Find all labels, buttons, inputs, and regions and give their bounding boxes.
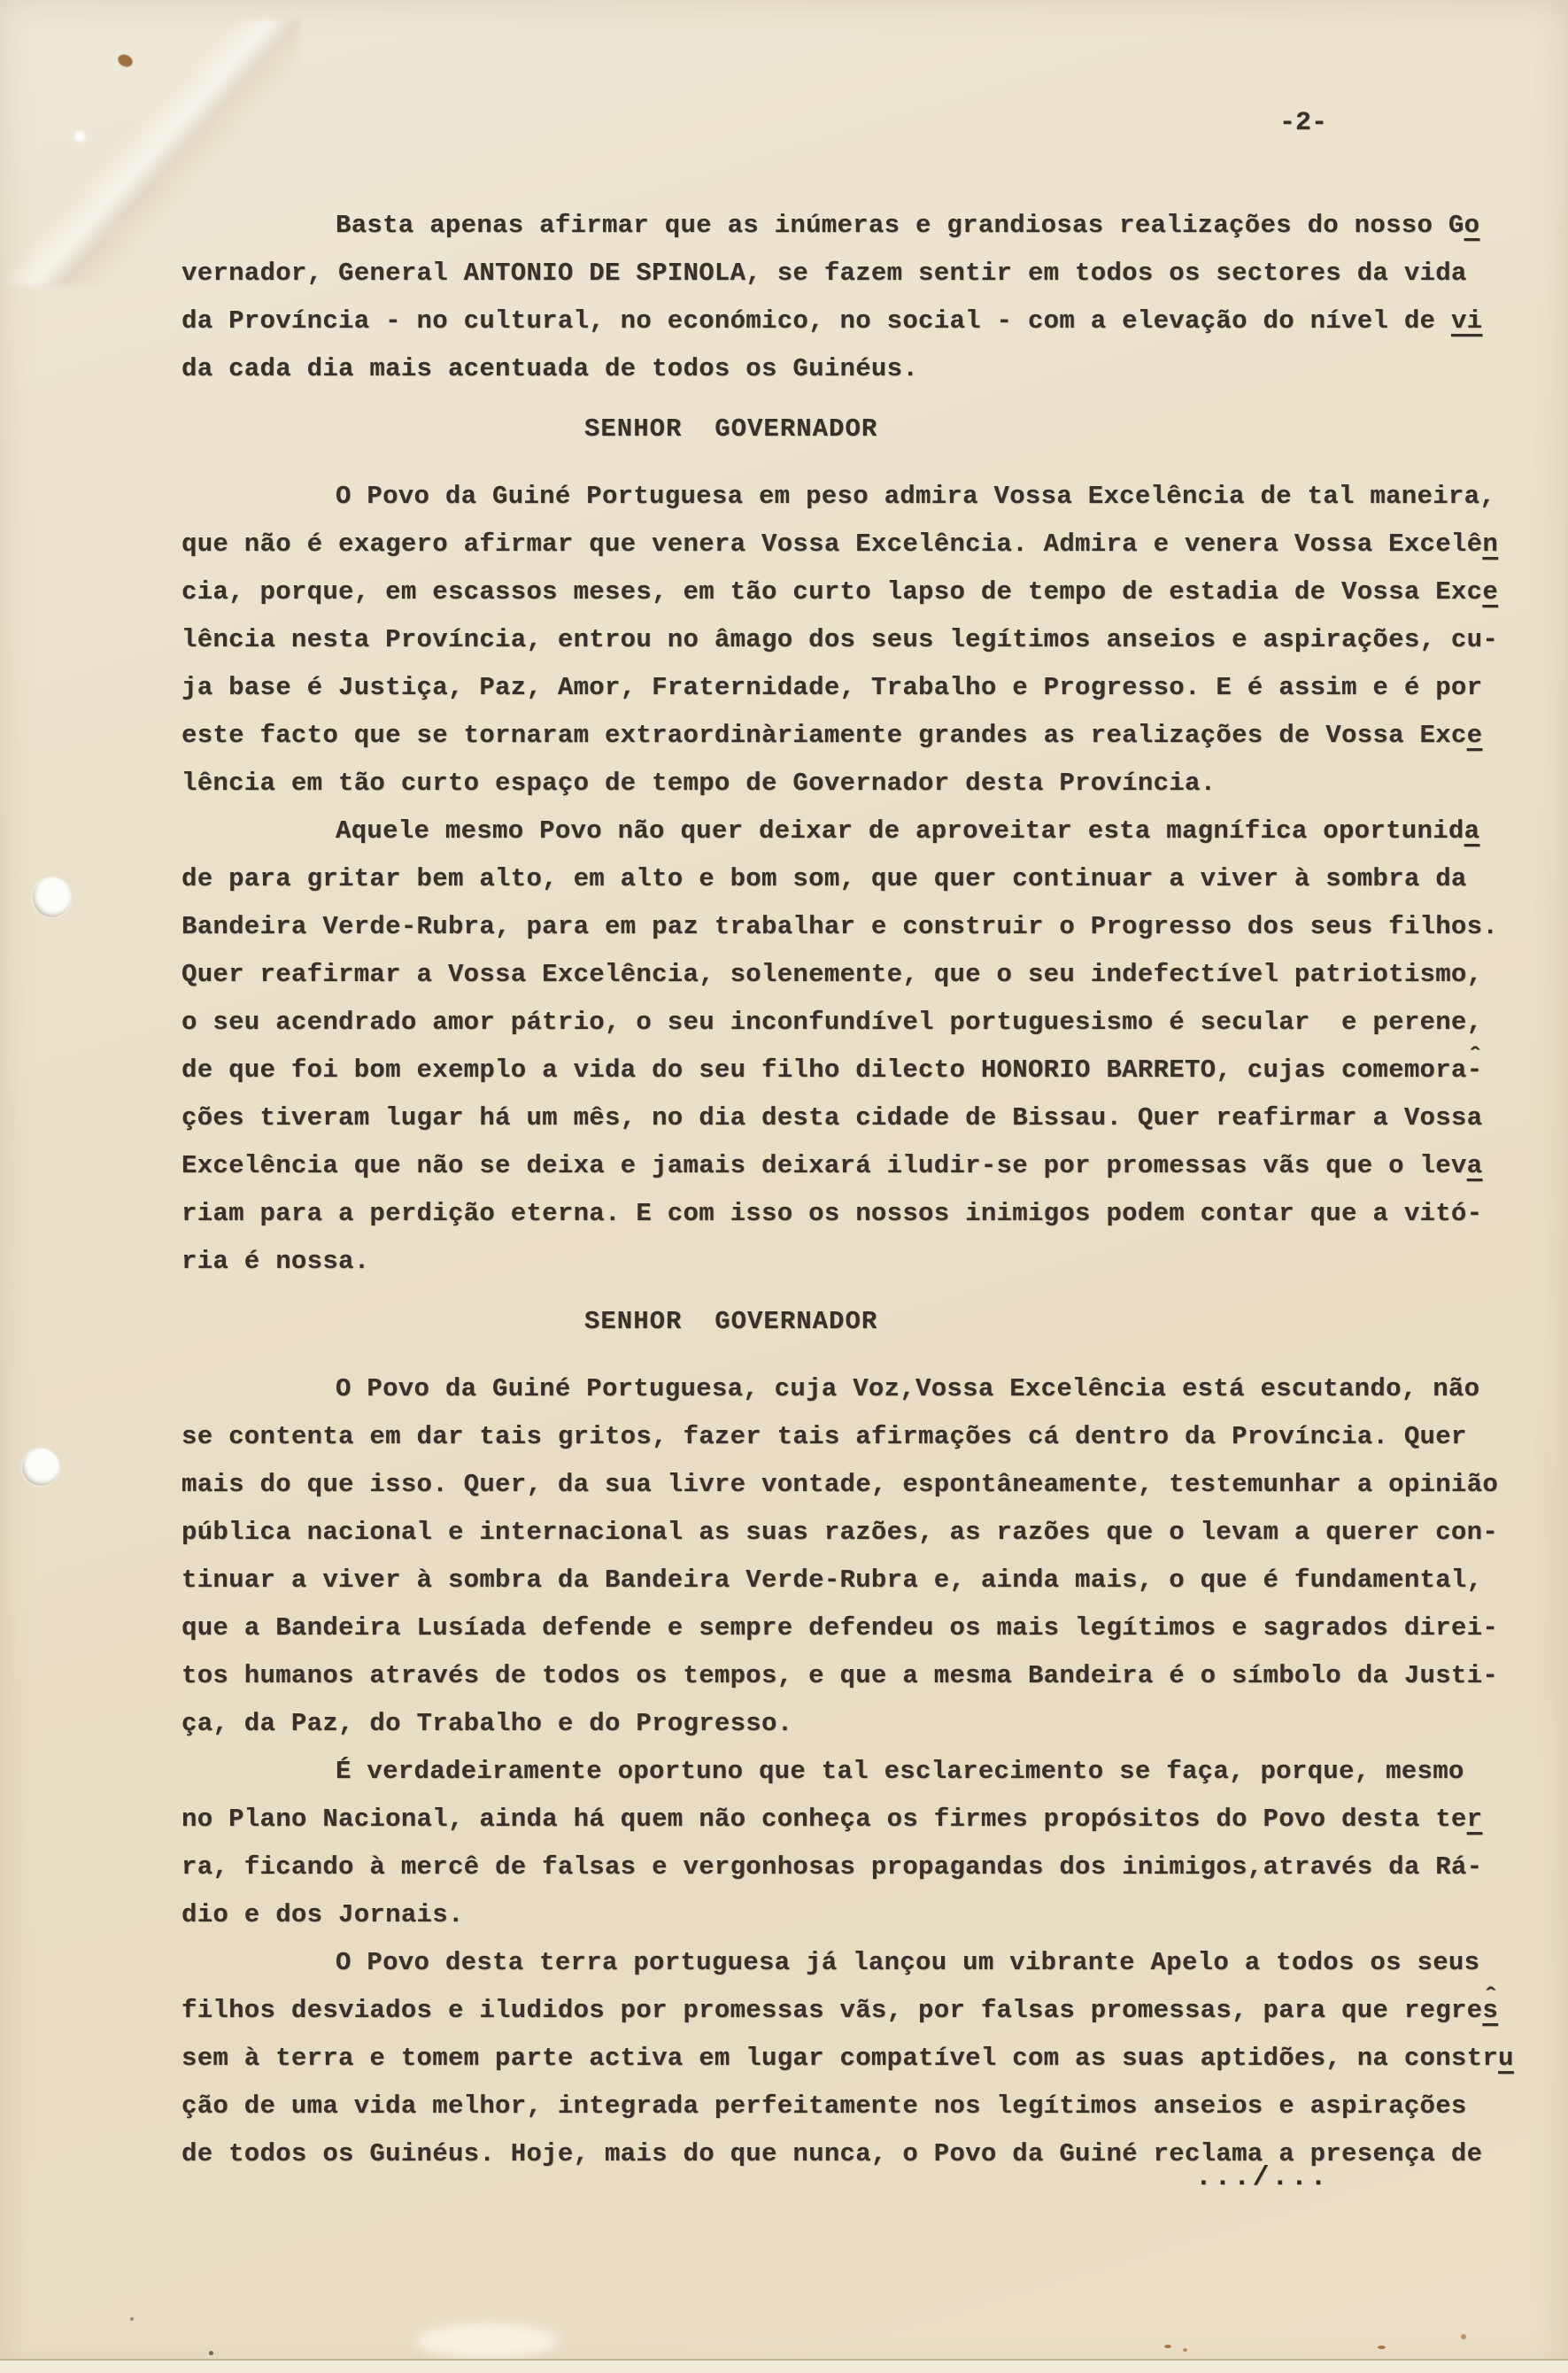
punch-hole [33, 877, 71, 917]
text-line: cia, porque, em escassos meses, em tão c… [182, 568, 1487, 616]
paragraph: O Povo da Guiné Portuguesa, cuja Voz,Vos… [182, 1365, 1487, 1748]
text-segment: o seu acendrado amor pátrio, o seu incon… [182, 1008, 1482, 1037]
text-segment: O Povo da Guiné Portuguesa, cuja Voz,Vos… [336, 1374, 1479, 1403]
text-line: pública nacional e internacional as suas… [182, 1509, 1487, 1557]
text-segment: vernador, General ANTONIO DE SPINOLA, se… [182, 259, 1467, 288]
text-segment: no Plano Nacional, ainda há quem não con… [182, 1805, 1467, 1834]
text-segment: r [1467, 1805, 1483, 1834]
text-segment: sem à terra e tomem parte activa em luga… [182, 2044, 1498, 2073]
text-line: Quer reafirmar a Vossa Excelência, solen… [182, 951, 1487, 999]
text-line: este facto que se tornaram extraordinàri… [182, 712, 1487, 760]
text-line: Excelência que não se deixa e jamais dei… [182, 1142, 1487, 1190]
text-line: filhos desviados e iludidos por promessa… [182, 1987, 1487, 2035]
text-segment: ra, ficando à mercê de falsas e vergonho… [182, 1852, 1482, 1882]
text-line: tos humanos através de todos os tempos, … [182, 1652, 1487, 1700]
text-line: lência em tão curto espaço de tempo de G… [182, 760, 1487, 808]
continuation-mark: .../... [1195, 2162, 1329, 2193]
text-segment: este facto que se tornaram extraordinàri… [182, 721, 1467, 750]
text-line: se contenta em dar tais gritos, fazer ta… [182, 1413, 1487, 1461]
text-line: vernador, General ANTONIO DE SPINOLA, se… [182, 250, 1487, 298]
text-segment: filhos desviados e iludidos por promessa… [182, 1996, 1482, 2025]
rust-speck [1378, 2346, 1386, 2349]
text-segment: ção de uma vida melhor, integrada perfei… [182, 2091, 1467, 2121]
rust-speck [1164, 2345, 1171, 2348]
document-body: Basta apenas afirmar que as inúmeras e g… [182, 202, 1487, 2178]
text-segment: O Povo desta terra portuguesa já lançou … [336, 1948, 1479, 1977]
text-segment: que não é exagero afirmar que venera Vos… [182, 529, 1482, 559]
text-segment: tos humanos através de todos os tempos, … [182, 1661, 1498, 1690]
page-number: -2- [1279, 108, 1327, 138]
text-segment: ça, da Paz, do Trabalho e do Progresso. [182, 1709, 792, 1738]
text-line: O Povo desta terra portuguesa já lançou … [182, 1939, 1487, 1987]
text-segment: ja base é Justiça, Paz, Amor, Fraternida… [182, 673, 1482, 702]
paper-dent [74, 131, 85, 142]
text-line: que não é exagero afirmar que venera Vos… [182, 521, 1487, 568]
text-line: de que foi bom exemplo a vida do seu fil… [182, 1047, 1487, 1094]
text-line: tinuar a viver à sombra da Bandeira Verd… [182, 1557, 1487, 1604]
text-segment: dio e dos Jornais. [182, 1900, 464, 1929]
text-segment: u [1498, 2044, 1514, 2073]
text-segment: o [1464, 211, 1480, 240]
text-segment: da Província - no cultural, no económico… [182, 306, 1451, 336]
text-line: dio e dos Jornais. [182, 1891, 1487, 1939]
text-segment: a [1467, 1151, 1483, 1180]
page-bottom-edge [0, 2359, 1568, 2373]
text-segment: riam para a perdição eterna. E com isso … [182, 1199, 1482, 1228]
text-segment: a [1464, 816, 1480, 846]
paragraph: Basta apenas afirmar que as inúmeras e g… [182, 202, 1487, 393]
scanned-page: -2- Basta apenas afirmar que as inúmeras… [0, 0, 1568, 2373]
text-line: Basta apenas afirmar que as inúmeras e g… [182, 202, 1487, 250]
text-line: de para gritar bem alto, em alto e bom s… [182, 855, 1487, 903]
paper-smudge [416, 2323, 558, 2359]
text-segment: É verdadeiramente oportuno que tal escla… [336, 1757, 1464, 1786]
section-heading: SENHOR GOVERNADOR [182, 406, 1487, 453]
paragraph: O Povo desta terra portuguesa já lançou … [182, 1939, 1487, 2178]
text-line: mais do que isso. Quer, da sua livre von… [182, 1461, 1487, 1509]
paragraph: É verdadeiramente oportuno que tal escla… [182, 1748, 1487, 1939]
text-line: ça, da Paz, do Trabalho e do Progresso. [182, 1700, 1487, 1748]
text-segment: pública nacional e internacional as suas… [182, 1518, 1498, 1547]
text-segment: lência em tão curto espaço de tempo de G… [182, 769, 1216, 798]
punch-hole [22, 1449, 59, 1486]
section-heading: SENHOR GOVERNADOR [182, 1298, 1487, 1346]
text-segment: se contenta em dar tais gritos, fazer ta… [182, 1422, 1467, 1451]
text-line: da Província - no cultural, no económico… [182, 298, 1487, 345]
text-segment: de para gritar bem alto, em alto e bom s… [182, 864, 1467, 893]
paragraph: Aquele mesmo Povo não quer deixar de apr… [182, 808, 1487, 1286]
text-segment: ções tiveram lugar há um mês, no dia des… [182, 1103, 1482, 1132]
text-segment: da cada dia mais acentuada de todos os G… [182, 354, 918, 383]
text-line: riam para a perdição eterna. E com isso … [182, 1190, 1487, 1238]
text-segment: lência nesta Província, entrou no âmago … [182, 625, 1498, 654]
paragraph: O Povo da Guiné Portuguesa em peso admir… [182, 473, 1487, 808]
text-line: da cada dia mais acentuada de todos os G… [182, 345, 1487, 393]
text-segment: mais do que isso. Quer, da sua livre von… [182, 1470, 1498, 1499]
text-line: ria é nossa. [182, 1238, 1487, 1286]
text-line: Aquele mesmo Povo não quer deixar de apr… [182, 808, 1487, 855]
text-segment: e [1482, 577, 1498, 607]
ink-speck [209, 2351, 213, 2355]
text-line: ções tiveram lugar há um mês, no dia des… [182, 1094, 1487, 1142]
text-segment: e [1467, 721, 1483, 750]
text-line: sem à terra e tomem parte activa em luga… [182, 2035, 1487, 2083]
text-segment: Basta apenas afirmar que as inúmeras e g… [336, 211, 1464, 240]
text-segment: cia, porque, em escassos meses, em tão c… [182, 577, 1482, 607]
text-line: Bandeira Verde-Rubra, para em paz trabal… [182, 903, 1487, 951]
text-line: que a Bandeira Lusíada defende e sempre … [182, 1604, 1487, 1652]
text-segment: Excelência que não se deixa e jamais dei… [182, 1151, 1467, 1180]
text-line: ja base é Justiça, Paz, Amor, Fraternida… [182, 664, 1487, 712]
text-line: no Plano Nacional, ainda há quem não con… [182, 1796, 1487, 1844]
text-line: o seu acendrado amor pátrio, o seu incon… [182, 999, 1487, 1047]
ink-speck [130, 2317, 134, 2321]
text-line: ra, ficando à mercê de falsas e vergonho… [182, 1844, 1487, 1891]
text-segment: que a Bandeira Lusíada defende e sempre … [182, 1613, 1498, 1643]
rust-speck [1461, 2334, 1466, 2339]
text-line: O Povo da Guiné Portuguesa em peso admir… [182, 473, 1487, 521]
text-segment: Bandeira Verde-Rubra, para em paz trabal… [182, 912, 1498, 941]
text-segment: Quer reafirmar a Vossa Excelência, solen… [182, 960, 1482, 989]
rust-speck [1183, 2348, 1187, 2352]
text-segment: de que foi bom exemplo a vida do seu fil… [182, 1055, 1482, 1085]
text-segment: ria é nossa. [182, 1247, 369, 1276]
text-segment: Aquele mesmo Povo não quer deixar de apr… [336, 816, 1464, 846]
text-segment: O Povo da Guiné Portuguesa em peso admir… [336, 482, 1495, 511]
text-line: ção de uma vida melhor, integrada perfei… [182, 2083, 1487, 2130]
text-segment: n [1482, 529, 1498, 559]
text-line: É verdadeiramente oportuno que tal escla… [182, 1748, 1487, 1796]
text-segment: vi [1451, 306, 1482, 336]
text-line: lência nesta Província, entrou no âmago … [182, 616, 1487, 664]
text-line: O Povo da Guiné Portuguesa, cuja Voz,Vos… [182, 1365, 1487, 1413]
text-segment: tinuar a viver à sombra da Bandeira Verd… [182, 1565, 1482, 1595]
